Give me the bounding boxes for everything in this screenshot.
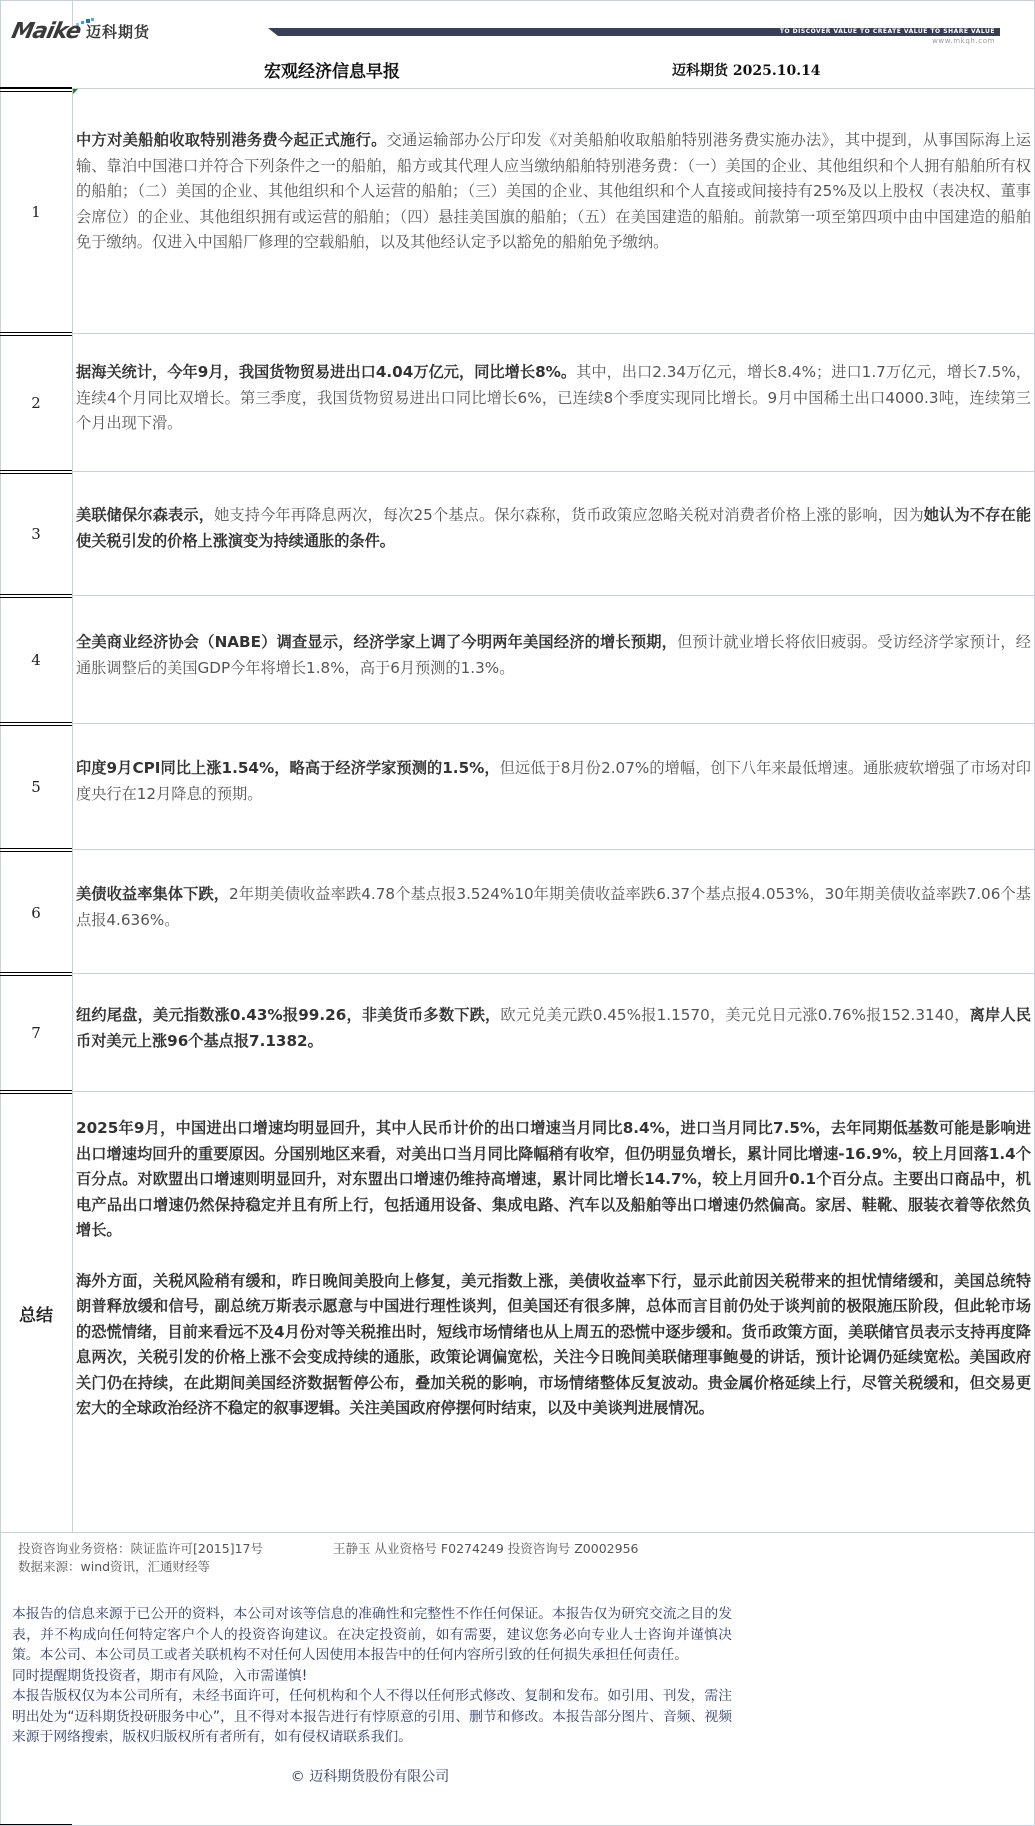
cell-marker-icon (73, 89, 78, 94)
summary-paragraph: 海外方面，关税风险稍有缓和，昨日晚间美股向上修复，美元指数上涨，美债收益率下行，… (76, 1269, 1031, 1422)
news-item-5: 印度9月CPI同比上涨1.54%，略高于经济学家预测的1.5%，但远低于8月份2… (76, 756, 1031, 807)
header-slogan: TO DISCOVER VALUE TO CREATE VALUE TO SHA… (780, 28, 995, 36)
analyst-info: 王静玉 从业资格号 F0274249 投资咨询号 Z0002956 (333, 1541, 639, 1556)
header-website: www.mkqh.com (932, 37, 995, 45)
news-headline: 印度9月CPI同比上涨1.54%，略高于经济学家预测的1.5%， (76, 759, 500, 777)
header-divider-h (72, 88, 1035, 89)
news-body: 欧元兑美元跌0.45%报1.1570，美元兑日元涨0.76%报152.3140， (500, 1006, 969, 1024)
row-line (72, 723, 1035, 724)
news-item-7: 纽约尾盘，美元指数涨0.43%报99.26，非美货币多数下跌，欧元兑美元跌0.4… (76, 1003, 1031, 1054)
page-title: 宏观经济信息早报 (264, 57, 400, 82)
news-item-6: 美债收益率集体下跌，2年期美债收益率跌4.78个基点报3.524%10年期美债收… (76, 882, 1031, 933)
news-headline: 纽约尾盘，美元指数涨0.43%报99.26，非美货币多数下跌， (76, 1006, 500, 1024)
news-headline: 据海关统计，今年9月，我国货物贸易进出口4.04万亿元，同比增长8%。 (76, 363, 576, 381)
row-number: 7 (0, 976, 72, 1090)
news-headline: 中方对美船舶收取特别港务费今起正式施行。 (76, 131, 387, 149)
footer-underline (0, 1824, 72, 1825)
copyright-line: © 迈科期货股份有限公司 (0, 1766, 740, 1786)
summary-bottom-line (0, 1532, 1035, 1533)
company-logo: Maike 迈科期货 (12, 20, 242, 42)
row-line (72, 1091, 1035, 1092)
column-divider (72, 88, 73, 1532)
news-item-2: 据海关统计，今年9月，我国货物贸易进出口4.04万亿元，同比增长8%。其中，出口… (76, 360, 1031, 437)
news-item-3: 美联储保尔森表示，她支持今年再降息两次，每次25个基点。保尔森称，货币政策应忽略… (76, 503, 1031, 554)
footer-meta: 投资咨询业务资格：陕证监许可[2015]17号王静玉 从业资格号 F027424… (18, 1540, 638, 1576)
row-line (72, 595, 1035, 596)
row-line (72, 849, 1035, 850)
summary-content: 2025年9月，中国进出口增速均明显回升，其中人民币计价的出口增速当月同比8.4… (76, 1116, 1031, 1422)
row-number: 4 (0, 598, 72, 722)
copyright-notice: 本报告版权仅为本公司所有，未经书面许可，任何机构和个人不得以任何形式修改、复制和… (12, 1686, 732, 1748)
row-number: 3 (0, 474, 72, 594)
news-headline: 全美商业经济协会（NABE）调查显示，经济学家上调了今明两年美国经济的增长预期， (76, 633, 677, 651)
summary-paragraph: 2025年9月，中国进出口增速均明显回升，其中人民币计价的出口增速当月同比8.4… (76, 1116, 1031, 1244)
news-body: 她支持今年再降息两次，每次25个基点。保尔森称，货币政策应忽略关税对消费者价格上… (214, 506, 924, 524)
disclaimer-paragraph: 本报告的信息来源于已公开的资料，本公司对该等信息的准确性和完整性不作任何保证。本… (12, 1604, 732, 1666)
data-source-text: 数据来源：wind资讯，汇通财经等 (18, 1558, 638, 1576)
logo-wordmark: Maike (9, 19, 82, 44)
row-line (72, 471, 1035, 472)
summary-label: 总结 (0, 1094, 72, 1532)
publisher-date: 迈科期货 2025.10.14 (672, 60, 821, 80)
row-line (72, 333, 1035, 334)
risk-warning: 同时提醒期货投资者，期市有风险，入市需谨慎! (12, 1666, 732, 1687)
news-item-1: 中方对美船舶收取特别港务费今起正式施行。交通运输部办公厅印发《对美船舶收取船舶特… (76, 128, 1031, 256)
row-number: 5 (0, 726, 72, 848)
news-body: 交通运输部办公厅印发《对美船舶收取船舶特别港务费实施办法》，其中提到，从事国际海… (76, 131, 1031, 251)
news-item-4: 全美商业经济协会（NABE）调查显示，经济学家上调了今明两年美国经济的增长预期，… (76, 630, 1031, 681)
row-number: 6 (0, 852, 72, 974)
qualification-text: 投资咨询业务资格：陕证监许可[2015]17号 (18, 1541, 263, 1556)
row-number: 1 (0, 92, 72, 332)
row-number: 2 (0, 336, 72, 470)
news-headline: 美债收益率集体下跌， (76, 885, 229, 903)
row-line (72, 973, 1035, 974)
news-headline: 美联储保尔森表示， (76, 506, 214, 524)
frame-top (0, 0, 1035, 1)
disclaimer: 本报告的信息来源于已公开的资料，本公司对该等信息的准确性和完整性不作任何保证。本… (12, 1604, 732, 1748)
